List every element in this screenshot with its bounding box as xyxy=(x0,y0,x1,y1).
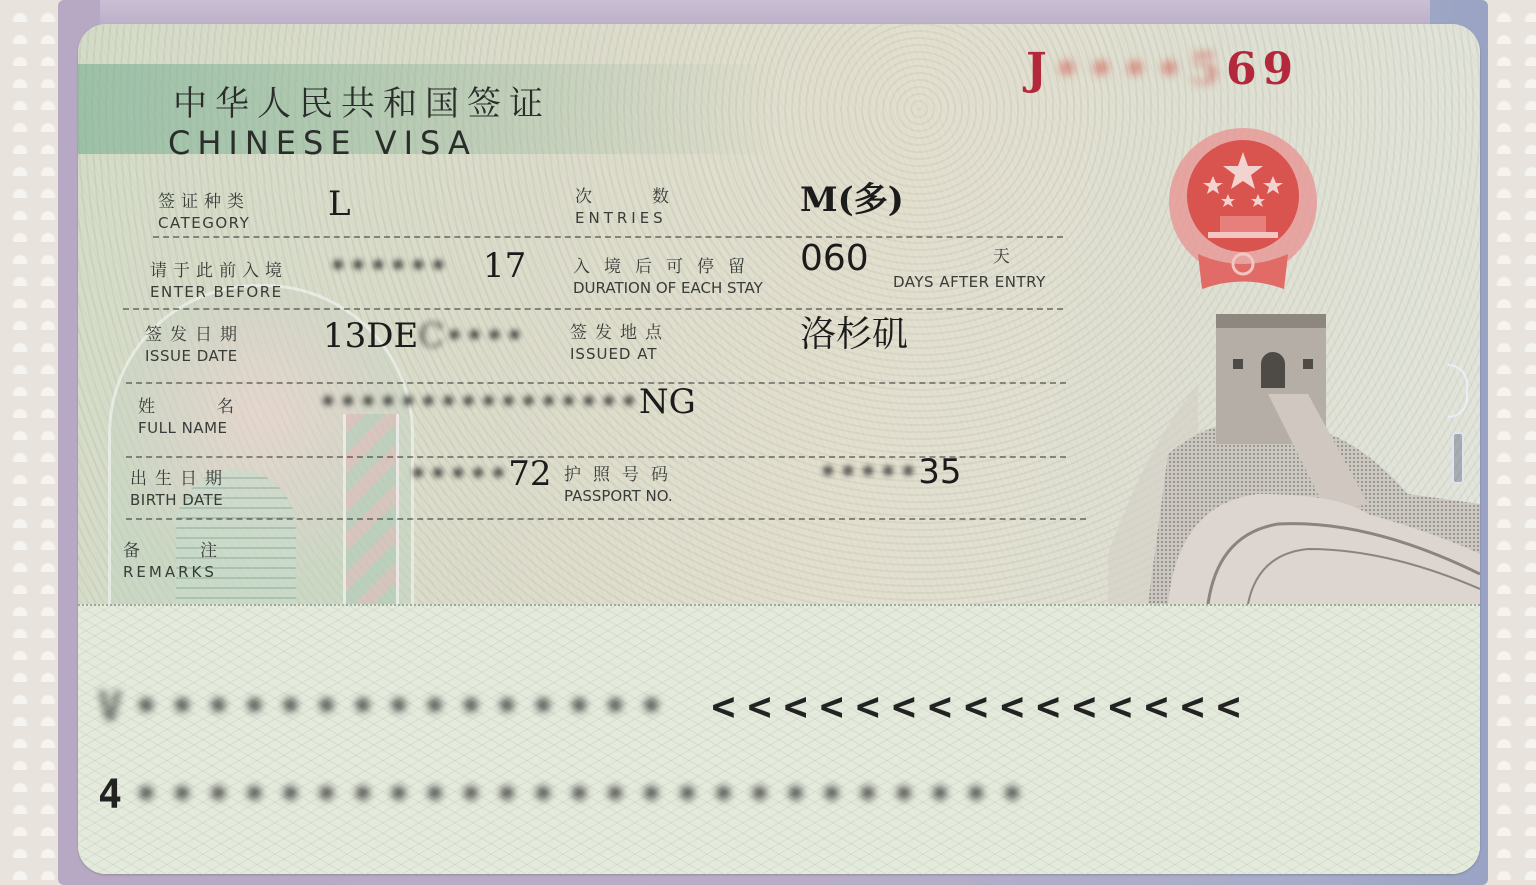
entries-label-en: ENTRIES xyxy=(575,209,729,227)
duration-value: 060 xyxy=(800,238,869,279)
enter-before-redacted: •••••• xyxy=(328,246,448,286)
passport-no-value: •••••35 xyxy=(818,452,962,492)
entries-label: 次数 ENTRIES xyxy=(575,182,729,227)
mrz-line-1: V••••••••••••••• <<<<<<<<<<<<<<< xyxy=(98,684,1253,730)
remarks-label-cn: 备注 xyxy=(123,536,277,561)
issue-date-label: 签发日期 ISSUE DATE xyxy=(145,320,245,365)
birth-date-redacted: ••••• xyxy=(408,454,508,494)
row-divider xyxy=(126,518,1086,520)
issue-date-value: 13DEC•••• xyxy=(323,316,525,356)
enter-before-visible: 17 xyxy=(483,246,526,286)
full-name-redacted: •••••••••••••••• xyxy=(318,382,639,422)
mrz-line-2: 4••••••••••••••••••••••••• xyxy=(98,772,1036,818)
full-name-label-en: FULL NAME xyxy=(138,419,296,437)
category-value: L xyxy=(328,184,351,224)
category-label-en: CATEGORY xyxy=(158,214,250,232)
enter-before-value: •••••• 17 xyxy=(328,246,448,286)
duration-unit-en: DAYS AFTER ENTRY xyxy=(893,273,1046,291)
category-label: 签证种类 CATEGORY xyxy=(158,187,250,232)
duration-label-cn: 入境后可停留 xyxy=(573,252,763,277)
visa-title-chinese: 中华人民共和国签证 xyxy=(173,76,551,125)
mrz-line-1-redacted: V••••••••••••••• xyxy=(98,684,675,730)
category-label-cn: 签证种类 xyxy=(158,187,250,212)
visa-number: J••••569 xyxy=(1026,44,1299,95)
enter-before-label-cn: 请于此前入境 xyxy=(150,256,288,281)
issued-at-value: 洛杉矶 xyxy=(800,306,908,357)
entries-label-cn: 次数 xyxy=(575,182,729,207)
issued-at-label-en: ISSUED AT xyxy=(570,345,670,363)
full-name-visible: NG xyxy=(639,382,696,422)
duration-label-en: DURATION OF EACH STAY xyxy=(573,279,763,297)
mrz-line-2-redacted: ••••••••••••••••••••••••• xyxy=(134,772,1036,818)
visa-number-prefix: J xyxy=(1026,44,1053,95)
issue-date-redacted: C•••• xyxy=(418,316,524,356)
duration-unit-cn: 天 xyxy=(963,242,1046,267)
row-divider xyxy=(153,236,1063,238)
passport-no-label-en: PASSPORT NO. xyxy=(564,487,680,505)
duration-unit: 天 DAYS AFTER ENTRY xyxy=(893,242,1046,291)
full-name-label: 姓名 FULL NAME xyxy=(138,392,296,437)
enter-before-label: 请于此前入境 ENTER BEFORE xyxy=(150,256,288,301)
birth-date-label-en: BIRTH DATE xyxy=(130,491,230,509)
remarks-label-en: REMARKS xyxy=(123,563,277,581)
passport-no-label-cn: 护照号码 xyxy=(564,460,680,485)
birth-date-label: 出生日期 BIRTH DATE xyxy=(130,464,230,509)
machine-readable-zone xyxy=(78,604,1480,874)
decorative-stripe xyxy=(343,414,399,604)
mrz-line-2-prefix: 4 xyxy=(98,772,134,818)
issue-date-label-en: ISSUE DATE xyxy=(145,347,245,365)
birth-date-value: •••••72 xyxy=(408,454,552,494)
issue-date-label-cn: 签发日期 xyxy=(145,320,245,345)
duration-label: 入境后可停留 DURATION OF EACH STAY xyxy=(573,252,763,297)
mrz-line-1-filler: <<<<<<<<<<<<<<< xyxy=(711,684,1252,730)
great-wall-icon xyxy=(1108,304,1480,604)
birth-date-visible: 72 xyxy=(508,454,551,494)
entries-value: M(多) xyxy=(800,172,904,221)
national-emblem-icon xyxy=(1158,124,1328,294)
enter-before-label-en: ENTER BEFORE xyxy=(150,283,288,301)
visa-number-suffix: 69 xyxy=(1226,44,1299,95)
passport-no-label: 护照号码 PASSPORT NO. xyxy=(564,460,680,505)
remarks-label: 备注 REMARKS xyxy=(123,536,277,581)
full-name-value: ••••••••••••••••NG xyxy=(318,382,696,422)
visa-sticker: 中华人民共和国签证 CHINESE VISA J••••569 签证种类 CAT… xyxy=(78,24,1480,874)
passport-no-redacted: ••••• xyxy=(818,452,918,492)
passport-no-visible: 35 xyxy=(918,452,961,492)
issued-at-label-cn: 签发地点 xyxy=(570,318,670,343)
visa-number-redacted: ••••5 xyxy=(1053,44,1226,95)
full-name-label-cn: 姓名 xyxy=(138,392,296,417)
visa-title-english: CHINESE VISA xyxy=(168,124,477,162)
issue-date-visible: 13DE xyxy=(323,316,418,356)
issued-at-label: 签发地点 ISSUED AT xyxy=(570,318,670,363)
page-punch-mark xyxy=(1452,432,1464,484)
row-divider xyxy=(123,308,1063,310)
birth-date-label-cn: 出生日期 xyxy=(130,464,230,489)
